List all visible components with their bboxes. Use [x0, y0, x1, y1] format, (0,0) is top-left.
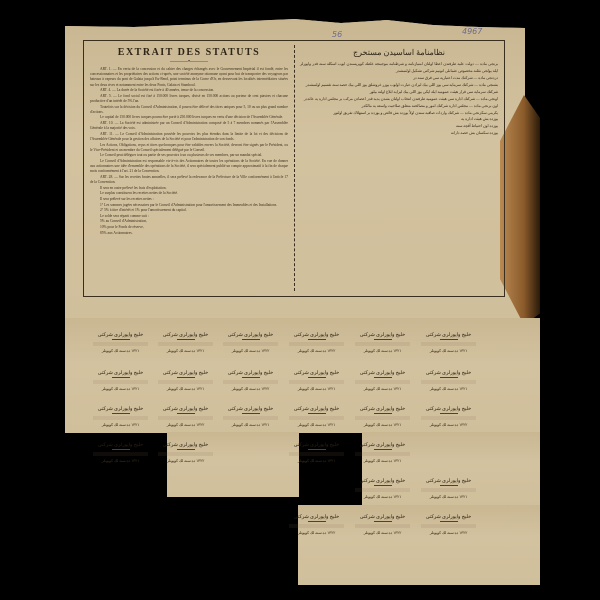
coupon-faded-print: [355, 488, 410, 492]
ottoman-article-paragraph: اونجی ماده — شركتك اداره سی هيئت عموميه …: [300, 96, 498, 103]
french-article-paragraph: Toutefois sur la décision du Conseil d'A…: [90, 105, 288, 115]
coupon-year: ۱۳۲۱ ده سنه لك كوپونلر: [350, 386, 415, 391]
coupon-year: ۱۳۲۱ ده سنه لك كوپونلر: [88, 348, 153, 353]
coupon-underline: [308, 449, 326, 450]
coupon-year: ۱۳۲۲ ده سنه لك كوپونلر: [218, 348, 283, 353]
french-article-paragraph: ART. 4. — La durée de la Société est fix…: [90, 88, 288, 93]
coupon-faded-print: [289, 380, 344, 384]
french-article-paragraph: ART. 5. — Le fond social est fixé à 150.…: [90, 94, 288, 104]
ottoman-article-paragraph: يوزده بش هيئت اداره يه: [300, 116, 498, 123]
coupon-company-name: خليج واپورلری شركتی: [284, 332, 349, 338]
coupon-year: ۱۳۲۲ ده سنه لك كوپونلر: [350, 530, 415, 535]
handwritten-mark: 4967: [462, 27, 482, 36]
coupon-year: ۱۳۲۱ ده سنه لك كوپونلر: [284, 422, 349, 427]
french-article-paragraph: Le Conseil peut déléguer tout ou partie …: [90, 153, 288, 158]
french-article-paragraph: Il sera en outre prélevé les frais d'exp…: [90, 186, 288, 191]
ottoman-article-paragraph: يوزده سكسان بش حصه دارانه: [300, 130, 498, 137]
coupon-year: ۱۳۲۱ ده سنه لك كوپونلر: [153, 386, 218, 391]
coupon-year: ۱۳۲۱ ده سنه لك كوپونلر: [350, 348, 415, 353]
coupon: خليج واپورلری شركتی۱۳۲۲ ده سنه لك كوپونل…: [153, 440, 218, 473]
french-article-paragraph: 2° 5% à titre d'intérêt et 1% pour l'amo…: [90, 208, 288, 213]
coupon: خليج واپورلری شركتی۱۳۲۱ ده سنه لك كوپونل…: [416, 330, 481, 363]
coupon-company-name: خليج واپورلری شركتی: [153, 406, 218, 412]
french-article-paragraph: Il sera prélevé sur les recettes nettes …: [90, 197, 288, 202]
coupon-company-name: خليج واپورلری شركتی: [284, 370, 349, 376]
coupon-faded-print: [421, 342, 476, 346]
french-article-paragraph: ART. 28. — Sur les recettes brutes annue…: [90, 175, 288, 185]
coupon: خليج واپورلری شركتی۱۳۲۲ ده سنه لك كوپونل…: [284, 330, 349, 363]
coupon: خليج واپورلری شركتی۱۳۲۱ ده سنه لك كوپونل…: [284, 404, 349, 437]
coupon-underline: [440, 377, 458, 378]
coupon-underline: [242, 413, 260, 414]
coupon-year: ۱۳۲۱ ده سنه لك كوپونلر: [350, 494, 415, 499]
coupon-year: ۱۳۲۱ ده سنه لك كوپونلر: [350, 422, 415, 427]
coupon-company-name: خليج واپورلری شركتی: [416, 406, 481, 412]
coupon-company-name: خليج واپورلری شركتی: [88, 332, 153, 338]
coupon-company-name: خليج واپورلری شركتی: [350, 406, 415, 412]
coupon: خليج واپورلری شركتی۱۳۲۱ ده سنه لك كوپونل…: [416, 476, 481, 509]
ottoman-statutes: نظامنامهٔ اساسیدن مستخرج برنجی ماده — دو…: [300, 45, 498, 137]
coupon: خليج واپورلری شركتی۱۳۲۱ ده سنه لك كوپونل…: [284, 368, 349, 401]
coupon-company-name: خليج واپورلری شركتی: [218, 332, 283, 338]
coupon: خليج واپورلری شركتی۱۳۲۲ ده سنه لك كوپونل…: [416, 512, 481, 545]
french-article-paragraph: ART. 11. — Le Conseil d'Administration p…: [90, 132, 288, 142]
coupon-year: ۱۳۲۱ ده سنه لك كوپونلر: [218, 422, 283, 427]
coupon-year: ۱۳۲۲ ده سنه لك كوپونلر: [153, 422, 218, 427]
coupon: خليج واپورلری شركتی۱۳۲۲ ده سنه لك كوپونل…: [218, 368, 283, 401]
french-statutes: EXTRAIT DES STATUTS ———•——— ART. 1. — En…: [90, 45, 288, 236]
coupon-underline: [374, 521, 392, 522]
french-article-paragraph: ART. 1. — En vertu de la concession et d…: [90, 67, 288, 88]
coupon: خليج واپورلری شركتی۱۳۲۲ ده سنه لك كوپونل…: [218, 330, 283, 363]
ottoman-article-paragraph: يكرمی سكزنجی ماده — شركتك واردات صافيه س…: [300, 110, 498, 117]
coupon-underline: [177, 339, 195, 340]
coupon-faded-print: [289, 452, 344, 456]
ottoman-article-paragraph: دردنجی ماده — شركتك مدت اعتباريه سی قرق …: [300, 75, 498, 82]
coupon-underline: [177, 449, 195, 450]
coupon-company-name: خليج واپورلری شركتی: [350, 442, 415, 448]
coupon: خليج واپورلری شركتی۱۳۲۱ ده سنه لك كوپونل…: [284, 440, 349, 473]
coupon-company-name: خليج واپورلری شركتی: [350, 370, 415, 376]
coupon-underline: [242, 377, 260, 378]
column-divider: [294, 45, 295, 291]
coupon-year: ۱۳۲۲ ده سنه لك كوپونلر: [218, 386, 283, 391]
french-article-paragraph: ART. 10. — La Société est administrée pa…: [90, 121, 288, 131]
coupon-faded-print: [158, 416, 213, 420]
coupon: خليج واپورلری شركتی۱۳۲۲ ده سنه لك كوپونل…: [284, 512, 349, 545]
coupon-year: ۱۳۲۱ ده سنه لك كوپونلر: [284, 458, 349, 463]
coupon-company-name: خليج واپورلری شركتی: [350, 514, 415, 520]
coupon-faded-print: [421, 416, 476, 420]
coupon: خليج واپورلری شركتی۱۳۲۱ ده سنه لك كوپونل…: [153, 368, 218, 401]
coupon-company-name: خليج واپورلری شركتی: [153, 332, 218, 338]
coupon-faded-print: [158, 452, 213, 456]
coupon-company-name: خليج واپورلری شركتی: [218, 370, 283, 376]
coupon-faded-print: [93, 380, 148, 384]
coupon-year: ۱۳۲۱ ده سنه لك كوپونلر: [416, 386, 481, 391]
coupon-underline: [374, 449, 392, 450]
coupon-year: ۱۳۲۲ ده سنه لك كوپونلر: [284, 530, 349, 535]
coupon-faded-print: [355, 452, 410, 456]
coupon: خليج واپورلری شركتی۱۳۲۱ ده سنه لك كوپونل…: [350, 440, 415, 473]
coupon-company-name: خليج واپورلری شركتی: [153, 442, 218, 448]
coupon-underline: [308, 377, 326, 378]
french-article-paragraph: Le capital de 150.000 livres turques pou…: [90, 115, 288, 120]
coupon-year: ۱۳۲۲ ده سنه لك كوپونلر: [416, 530, 481, 535]
coupon-company-name: خليج واپورلری شركتی: [416, 514, 481, 520]
coupon-underline: [112, 449, 130, 450]
coupon-company-name: خليج واپورلری شركتی: [88, 370, 153, 376]
coupon-year: ۱۳۲۱ ده سنه لك كوپونلر: [88, 458, 153, 463]
coupon-faded-print: [355, 380, 410, 384]
coupon-faded-print: [289, 416, 344, 420]
coupon-underline: [177, 377, 195, 378]
coupon-faded-print: [223, 380, 278, 384]
coupon-company-name: خليج واپورلری شركتی: [284, 406, 349, 412]
coupon-company-name: خليج واپورلری شركتی: [350, 478, 415, 484]
french-article-paragraph: 85% aux Actionnaires.: [90, 231, 288, 236]
coupon: خليج واپورلری شركتی۱۳۲۱ ده سنه لك كوپونل…: [88, 330, 153, 363]
coupon-faded-print: [93, 416, 148, 420]
coupon-year: ۱۳۲۱ ده سنه لك كوپونلر: [416, 494, 481, 499]
coupon-underline: [308, 521, 326, 522]
french-article-paragraph: Le solde sera réparti comme suit :: [90, 214, 288, 219]
coupon-underline: [308, 339, 326, 340]
coupon: خليج واپورلری شركتی۱۳۲۱ ده سنه لك كوپونل…: [88, 440, 153, 473]
coupon: خليج واپورلری شركتی۱۳۲۲ ده سنه لك كوپونل…: [416, 404, 481, 437]
coupon-company-name: خليج واپورلری شركتی: [350, 332, 415, 338]
ottoman-article-paragraph: يوزده اون احتياط آقچه سنه: [300, 123, 498, 130]
title-ornament: ———•———: [90, 59, 288, 65]
coupon-underline: [177, 413, 195, 414]
coupon-faded-print: [158, 380, 213, 384]
french-article-paragraph: 10% pour le Fonds de réserve,: [90, 225, 288, 230]
coupon: خليج واپورلری شركتی۱۳۲۱ ده سنه لك كوپونل…: [218, 404, 283, 437]
coupon-underline: [440, 521, 458, 522]
coupon: خليج واپورلری شركتی۱۳۲۱ ده سنه لك كوپونل…: [416, 368, 481, 401]
coupon-underline: [374, 485, 392, 486]
coupon-company-name: خليج واپورلری شركتی: [416, 478, 481, 484]
coupon-faded-print: [421, 488, 476, 492]
coupon-faded-print: [223, 342, 278, 346]
coupon: خليج واپورلری شركتی۱۳۲۱ ده سنه لك كوپونل…: [153, 330, 218, 363]
coupon-underline: [374, 377, 392, 378]
coupon-underline: [112, 377, 130, 378]
coupon-company-name: خليج واپورلری شركتی: [416, 332, 481, 338]
french-article-paragraph: Les Actions, Obligations, reçus et titre…: [90, 143, 288, 153]
burnt-curled-edge: [500, 95, 540, 325]
coupon-underline: [374, 339, 392, 340]
coupon-company-name: خليج واپورلری شركتی: [284, 442, 349, 448]
french-article-paragraph: 5% au Conseil d'Administration,: [90, 219, 288, 224]
coupon-year: ۱۳۲۱ ده سنه لك كوپونلر: [350, 458, 415, 463]
coupon-faded-print: [93, 342, 148, 346]
coupon-year: ۱۳۲۱ ده سنه لك كوپونلر: [153, 348, 218, 353]
statutes-frame: EXTRAIT DES STATUTS ———•——— ART. 1. — En…: [83, 40, 505, 297]
coupon-year: ۱۳۲۱ ده سنه لك كوپونلر: [416, 348, 481, 353]
coupon-company-name: خليج واپورلری شركتی: [416, 370, 481, 376]
coupon-underline: [112, 339, 130, 340]
ottoman-article-paragraph: برنجی ماده — دولت عليه طرفندن اعطا اولنا…: [300, 61, 498, 74]
coupon-faded-print: [223, 416, 278, 420]
coupon-faded-print: [355, 342, 410, 346]
ottoman-article-paragraph: بشنجی ماده — شركتك سرمايه سی يوز اللی بي…: [300, 82, 498, 89]
coupon-faded-print: [289, 342, 344, 346]
coupon: خليج واپورلری شركتی۱۳۲۲ ده سنه لك كوپونل…: [350, 512, 415, 545]
coupon-company-name: خليج واپورلری شركتی: [88, 406, 153, 412]
coupon-faded-print: [158, 342, 213, 346]
coupon-year: ۱۳۲۲ ده سنه لك كوپونلر: [416, 422, 481, 427]
coupon-year: ۱۳۲۱ ده سنه لك كوپونلر: [284, 386, 349, 391]
coupon: خليج واپورلری شركتی۱۳۲۱ ده سنه لك كوپونل…: [350, 476, 415, 509]
coupon: خليج واپورلری شركتی۱۳۲۱ ده سنه لك كوپونل…: [350, 330, 415, 363]
coupon-year: ۱۳۲۲ ده سنه لك كوپونلر: [153, 458, 218, 463]
coupon-underline: [440, 413, 458, 414]
french-article-paragraph: Le Conseil d'Administration est responsa…: [90, 159, 288, 175]
coupon-faded-print: [421, 524, 476, 528]
french-article-paragraph: 1° Les sommes jugées nécessaires par le …: [90, 203, 288, 208]
coupon-year: ۱۳۲۲ ده سنه لك كوپونلر: [284, 348, 349, 353]
french-article-paragraph: Le surplus constituera les recettes nett…: [90, 191, 288, 196]
coupon: خليج واپورلری شركتی۱۳۲۱ ده سنه لك كوپونل…: [88, 404, 153, 437]
coupon-company-name: خليج واپورلری شركتی: [284, 514, 349, 520]
coupon: خليج واپورلری شركتی۱۳۲۱ ده سنه لك كوپونل…: [350, 404, 415, 437]
coupon-faded-print: [355, 524, 410, 528]
coupon-faded-print: [421, 380, 476, 384]
coupon: خليج واپورلری شركتی۱۳۲۲ ده سنه لك كوپونل…: [153, 404, 218, 437]
coupon-company-name: خليج واپورلری شركتی: [88, 442, 153, 448]
ottoman-title: نظامنامهٔ اساسیدن مستخرج: [300, 48, 498, 57]
ottoman-article-paragraph: اون برنجی ماده — مجلس اداره شركتك امور و…: [300, 103, 498, 110]
ottoman-article-paragraph: شركتك سرمايه سی قرار هيئت عموميه ايله اي…: [300, 89, 498, 96]
handwritten-mark: 56: [332, 30, 342, 39]
coupon-year: ۱۳۲۱ ده سنه لك كوپونلر: [88, 422, 153, 427]
coupon-underline: [374, 413, 392, 414]
coupon-faded-print: [93, 452, 148, 456]
coupon: خليج واپورلری شركتی۱۳۲۱ ده سنه لك كوپونل…: [350, 368, 415, 401]
coupon-company-name: خليج واپورلری شركتی: [218, 406, 283, 412]
coupon-underline: [242, 339, 260, 340]
coupon-underline: [440, 339, 458, 340]
coupon: خليج واپورلری شركتی۱۳۲۱ ده سنه لك كوپونل…: [88, 368, 153, 401]
french-title: EXTRAIT DES STATUTS: [90, 47, 288, 58]
coupon-underline: [308, 413, 326, 414]
coupon-company-name: خليج واپورلری شركتی: [153, 370, 218, 376]
coupon-faded-print: [289, 524, 344, 528]
coupon-year: ۱۳۲۱ ده سنه لك كوپونلر: [88, 386, 153, 391]
coupon-underline: [112, 413, 130, 414]
coupon-underline: [440, 485, 458, 486]
coupon-faded-print: [355, 416, 410, 420]
